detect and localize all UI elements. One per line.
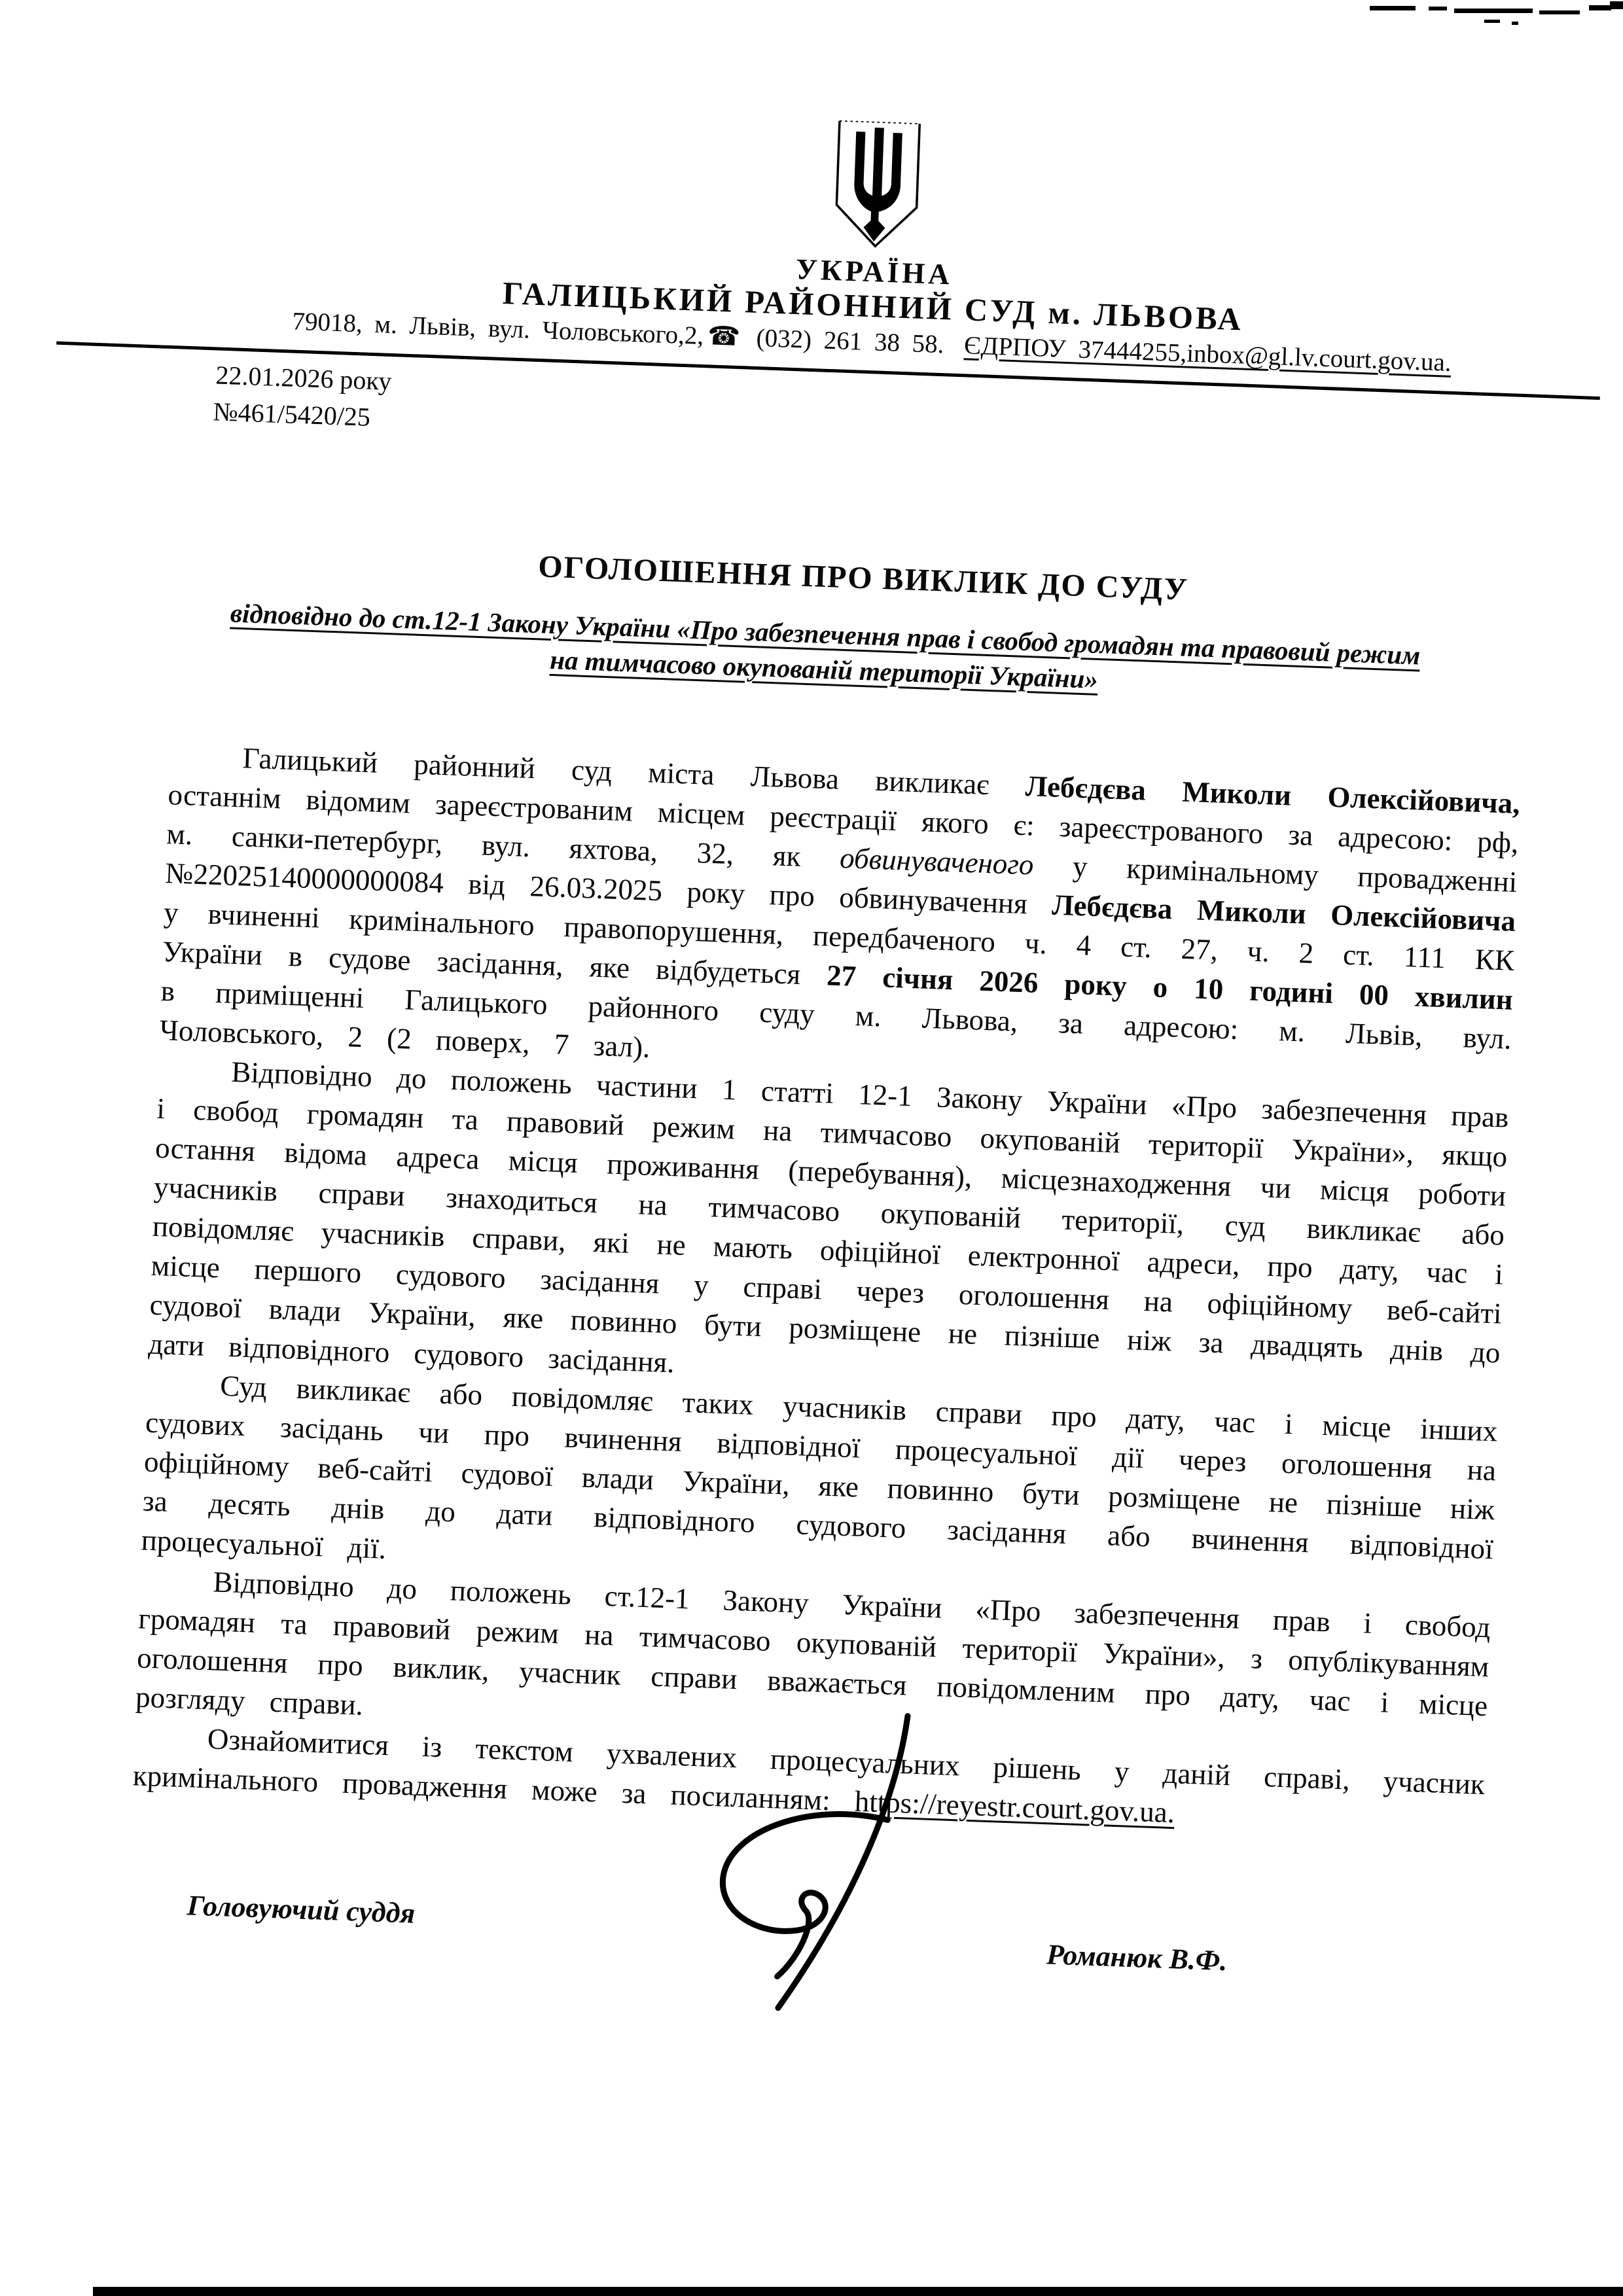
scan-edge-bar	[93, 2287, 1623, 2296]
scan-artifact	[1589, 5, 1611, 10]
phone-icon: ☎	[707, 321, 740, 352]
scan-artifact	[1610, 1, 1623, 9]
signature-name: Романюк В.Ф.	[1046, 1937, 1228, 1977]
signature-role: Головуючий суддя	[187, 1888, 416, 1930]
letterhead-phone: (032) 261 38 58.	[756, 324, 944, 359]
document-case-number: №461/5420/25	[213, 397, 371, 433]
scan-artifact	[1539, 10, 1580, 14]
scan-artifact	[1484, 20, 1500, 23]
scan-artifact	[1512, 22, 1518, 25]
ukraine-trident-icon	[826, 118, 929, 253]
paragraph-law-part1: Відповідно до положень частини 1 статті …	[148, 1050, 1510, 1412]
letterhead: УКРАЇНА ГАЛИЦЬКИЙ РАЙОННИЙ СУД м. ЛЬВОВА…	[57, 91, 1544, 381]
handwritten-signature	[683, 1646, 1012, 2076]
scan-artifact	[1454, 9, 1533, 13]
paragraph-summons: Галицький районний суд міста Львова викл…	[159, 735, 1521, 1098]
scan-artifact	[1429, 7, 1447, 10]
document-page: УКРАЇНА ГАЛИЦЬКИЙ РАЙОННИЙ СУД м. ЛЬВОВА…	[0, 0, 1547, 2276]
document-date: 22.01.2026 року	[215, 360, 392, 397]
scan-artifact	[1370, 6, 1416, 10]
